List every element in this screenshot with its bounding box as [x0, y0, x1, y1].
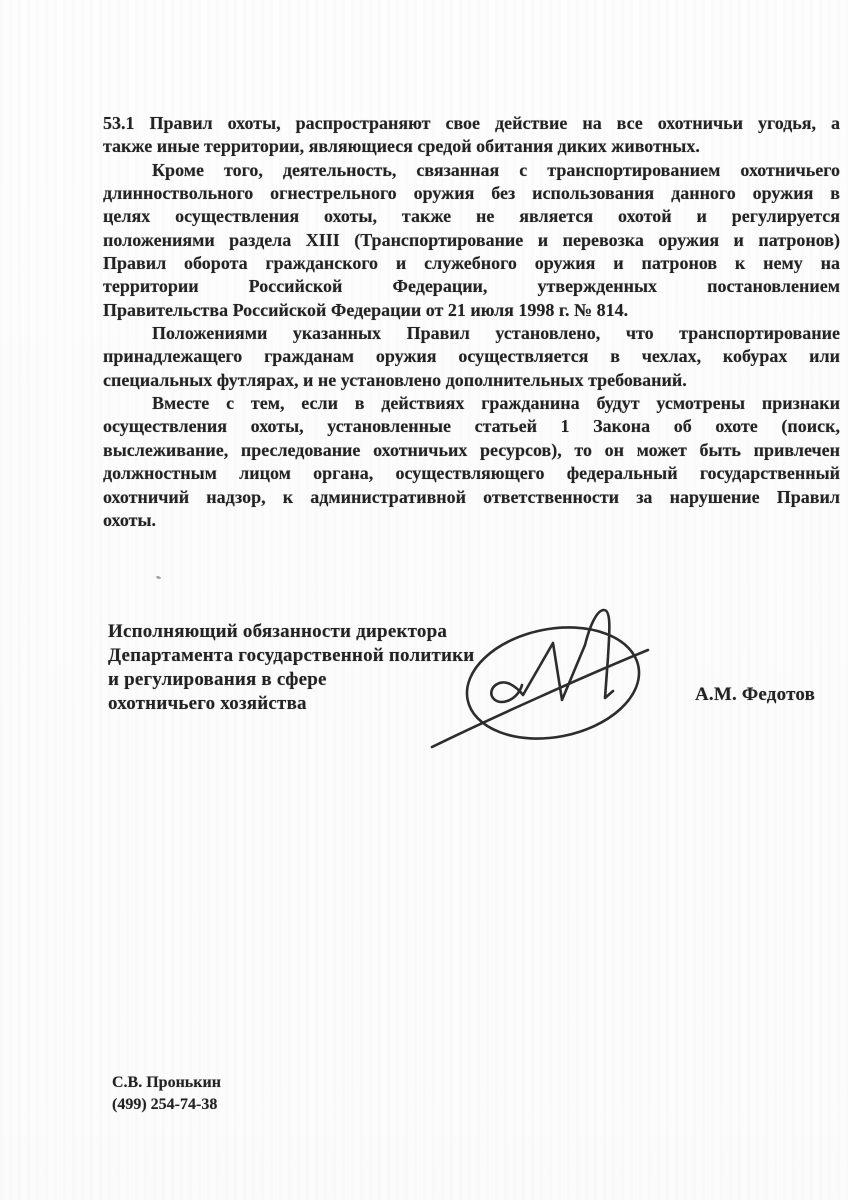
signatory-name: А.М. Федотов: [695, 683, 815, 707]
letter-body: 53.1 Правил охоты, распространяют свое д…: [103, 112, 840, 532]
body-text-line: Кроме того, деятельность, связанная с тр…: [103, 159, 840, 182]
body-text-line: положениями раздела XIII (Транспортирова…: [103, 229, 840, 252]
body-text-line: охотничий надзор, к административной отв…: [103, 486, 840, 509]
body-text-line: выслеживание, преследование охотничьих р…: [103, 439, 840, 462]
body-text-line: 53.1 Правил охоты, распространяют свое д…: [103, 112, 840, 135]
document-page: { "page": { "background": "#fdfdfd", "in…: [0, 0, 848, 1200]
body-text-line: должностным лицом органа, осуществляющег…: [103, 462, 840, 485]
body-text-line: охоты.: [103, 509, 840, 532]
executor-contact-block: С.В. Пронькин (499) 254-74-38: [112, 1072, 221, 1116]
body-text-line: специальных футлярах, и не установлено д…: [103, 369, 840, 392]
scan-speck: [156, 575, 162, 579]
body-text-line: также иные территории, являющиеся средой…: [103, 135, 840, 158]
body-text-line: Правил оборота гражданского и служебного…: [103, 252, 840, 275]
signatory-title-line: Департамента государственной политики: [108, 644, 474, 668]
signatory-title-block: Исполняющий обязанности директора Департ…: [108, 620, 474, 716]
executor-phone: (499) 254-74-38: [112, 1094, 221, 1116]
body-text-line: Правительства Российской Федерации от 21…: [103, 299, 840, 322]
body-text-line: Положениями указанных Правил установлено…: [103, 322, 840, 345]
executor-name: С.В. Пронькин: [112, 1072, 221, 1094]
body-text-line: целях осуществления охоты, также не явля…: [103, 205, 840, 228]
body-text-line: территории Российской Федерации, утвержд…: [103, 275, 840, 298]
handwritten-signature: [425, 592, 655, 752]
signatory-title-line: Исполняющий обязанности директора: [108, 620, 474, 644]
signatory-title-line: охотничьего хозяйства: [108, 692, 474, 716]
body-text-line: Вместе с тем, если в действиях гражданин…: [103, 392, 840, 415]
body-text-line: длинноствольного огнестрельного оружия б…: [103, 182, 840, 205]
body-text-line: принадлежащего гражданам оружия осуществ…: [103, 345, 840, 368]
signatory-title-line: и регулирования в сфере: [108, 668, 474, 692]
body-text-line: осуществления охоты, установленные стать…: [103, 415, 840, 438]
